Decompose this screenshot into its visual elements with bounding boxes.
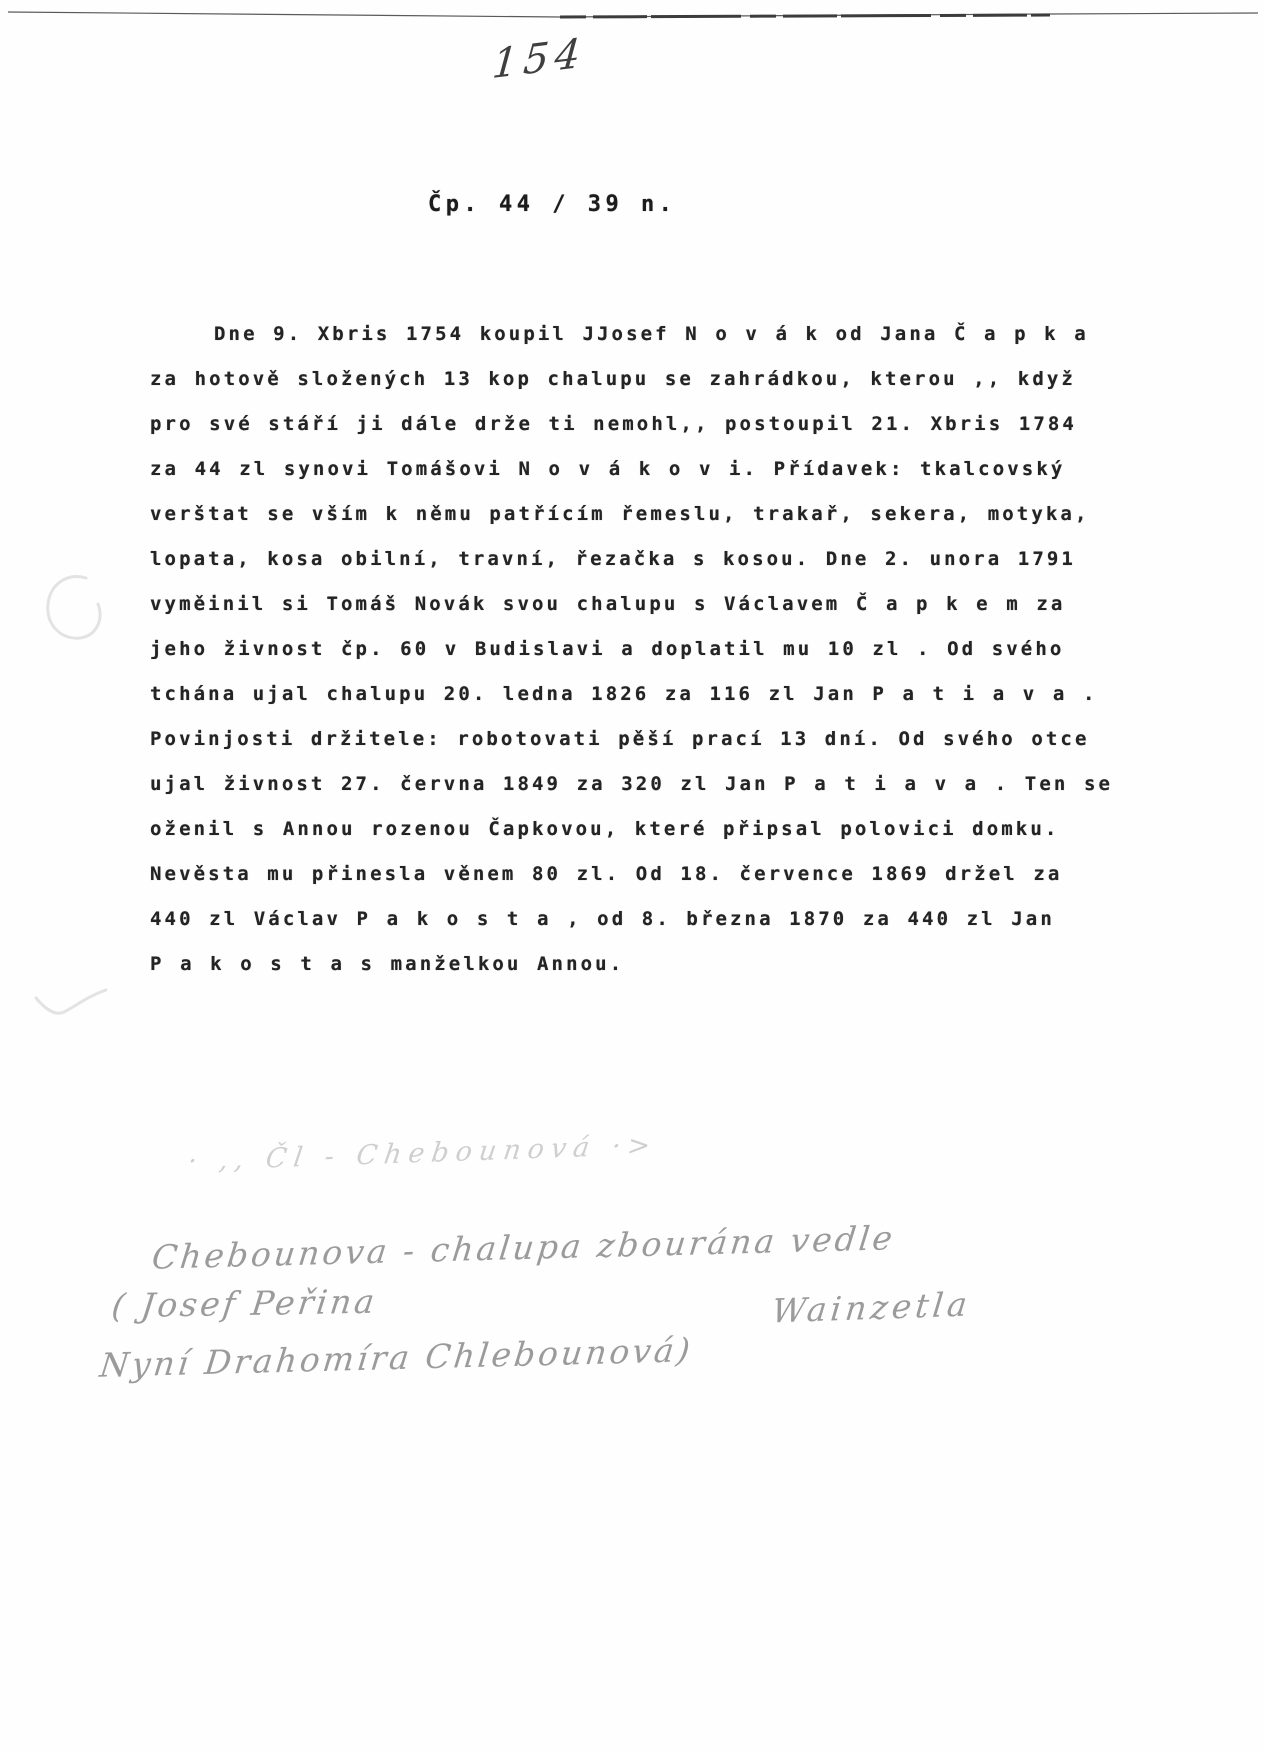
typed-paragraph: Dne 9. Xbris 1754 koupil JJosef N o v á … xyxy=(150,312,1110,987)
typed-line: za hotově složených 13 kop chalupu se za… xyxy=(150,357,1110,402)
typed-line: lopata, kosa obilní, travní, řezačka s k… xyxy=(150,537,1110,582)
typed-line: 440 zl Václav P a k o s t a , od 8. břez… xyxy=(150,897,1110,942)
typed-line: Povinjosti držitele: robotovati pěší pra… xyxy=(150,717,1110,762)
pencil-check-mark xyxy=(30,980,110,1034)
typed-line: P a k o s t a s manželkou Annou. xyxy=(150,942,1110,987)
typed-line: verštat se vším k němu patřícím řemeslu,… xyxy=(150,492,1110,537)
typed-line: Dne 9. Xbris 1754 koupil JJosef N o v á … xyxy=(150,312,1110,357)
typed-line: tchána ujal chalupu 20. ledna 1826 za 11… xyxy=(150,672,1110,717)
handwritten-note-faded: · ‚, Čl - Chebounová ·> xyxy=(186,1130,659,1178)
typed-line: ujal živnost 27. června 1849 za 320 zl J… xyxy=(150,762,1110,807)
typed-line: Nevěsta mu přinesla věnem 80 zl. Od 18. … xyxy=(150,852,1110,897)
handwritten-note-line2: Wainzetla xyxy=(770,1284,973,1330)
handwritten-page-number: 154 xyxy=(490,30,588,88)
handwritten-note-line3: ( Josef Peřina xyxy=(110,1282,380,1326)
scan-artifact-line xyxy=(0,0,1264,30)
typed-line: pro své stáří ji dále drže ti nemohl,, p… xyxy=(150,402,1110,447)
handwritten-note-line1: Chebounova - chalupa zbourána vedle xyxy=(150,1218,897,1277)
typed-line: za 44 zl synovi Tomášovi N o v á k o v i… xyxy=(150,447,1110,492)
scanned-document-page: 154 Čp. 44 / 39 n. Dne 9. Xbris 1754 kou… xyxy=(0,0,1264,1752)
typed-line: jeho živnost čp. 60 v Budislavi a doplat… xyxy=(150,627,1110,672)
typed-line: oženil s Annou rozenou Čapkovou, které p… xyxy=(150,807,1110,852)
handwritten-note-line4: Nyní Drahomíra Chlebounová) xyxy=(98,1330,695,1385)
pencil-circle-mark xyxy=(38,566,108,650)
document-heading: Čp. 44 / 39 n. xyxy=(428,192,676,217)
typed-line: vyměinil si Tomáš Novák svou chalupu s V… xyxy=(150,582,1110,627)
